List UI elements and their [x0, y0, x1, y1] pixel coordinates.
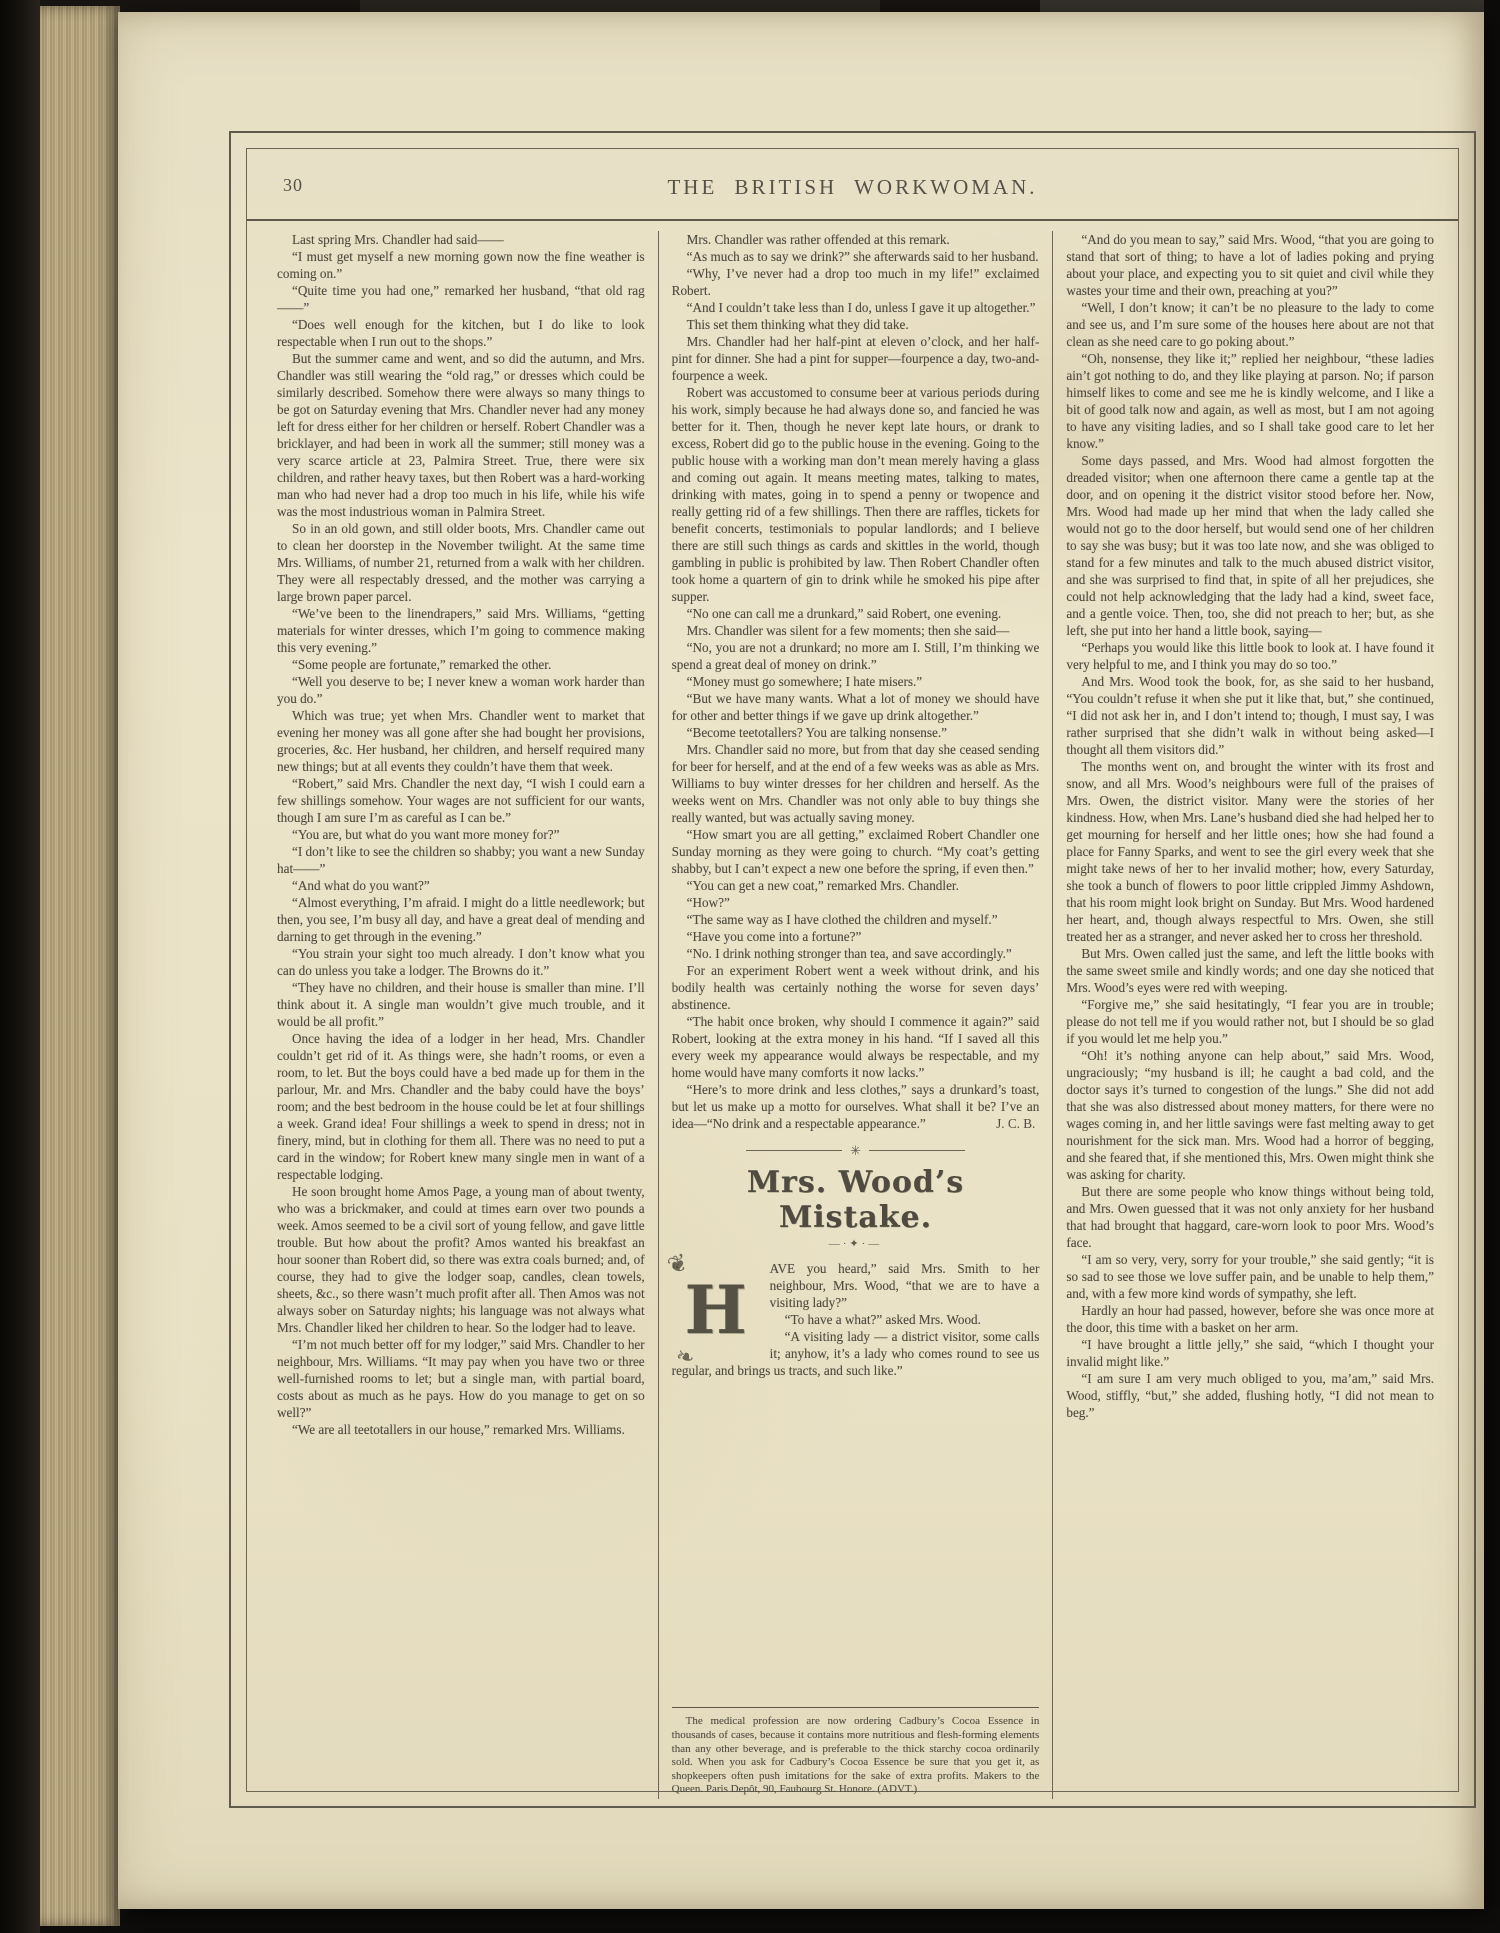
paragraph: Hardly an hour had passed, however, befo…	[1066, 1302, 1434, 1336]
paragraph: “No, you are not a drunkard; no more am …	[672, 639, 1040, 673]
paragraph: “Perhaps you would like this little book…	[1066, 639, 1434, 673]
paragraph: “No one can call me a drunkard,” said Ro…	[672, 605, 1040, 622]
paragraph: But Mrs. Owen called just the same, and …	[1066, 945, 1434, 996]
paragraph: Some days passed, and Mrs. Wood had almo…	[1066, 452, 1434, 639]
magazine-page: 30 THE BRITISH WORKWOMAN. Last spring Mr…	[118, 12, 1484, 1909]
paragraph: Mrs. Chandler was rather offended at thi…	[672, 231, 1040, 248]
paragraph: “Some people are fortunate,” remarked th…	[277, 656, 645, 673]
paragraph: “And what do you want?”	[277, 877, 645, 894]
book-cover-edge	[0, 0, 40, 1933]
paragraph: “Well you deserve to be; I never knew a …	[277, 673, 645, 707]
paragraph: “I must get myself a new morning gown no…	[277, 248, 645, 282]
paragraph: “Quite time you had one,” remarked her h…	[277, 282, 645, 316]
paragraph: “You are, but what do you want more mone…	[277, 826, 645, 843]
divider-line	[869, 1150, 965, 1151]
paragraph: “Almost everything, I’m afraid. I might …	[277, 894, 645, 945]
paragraph: “We are all teetotallers in our house,” …	[277, 1421, 645, 1438]
paragraph: “Money must go somewhere; I hate misers.…	[672, 673, 1040, 690]
paragraph: “The same way as I have clothed the chil…	[672, 911, 1040, 928]
asterisk-ornament-icon: ✳	[850, 1144, 861, 1157]
shadow-patch	[1484, 0, 1500, 1933]
paragraph: “How smart you are all getting,” exclaim…	[672, 826, 1040, 877]
paragraph: “I am so very, very, sorry for your trou…	[1066, 1251, 1434, 1302]
paragraph: “And do you mean to say,” said Mrs. Wood…	[1066, 231, 1434, 299]
shadow-patch	[0, 1907, 1500, 1933]
paragraph: “Why, I’ve never had a drop too much in …	[672, 265, 1040, 299]
paragraph: “They have no children, and their house …	[277, 979, 645, 1030]
paragraph: “As much as to say we drink?” she afterw…	[672, 248, 1040, 265]
paragraph: Mrs. Chandler said no more, but from tha…	[672, 741, 1040, 826]
paragraph: “Have you come into a fortune?”	[672, 928, 1040, 945]
paragraph: “I don’t like to see the children so sha…	[277, 843, 645, 877]
paragraph: “You can get a new coat,” remarked Mrs. …	[672, 877, 1040, 894]
page-number: 30	[283, 175, 303, 196]
paragraph: “And I couldn’t take less than I do, unl…	[672, 299, 1040, 316]
story-continuation: Last spring Mrs. Chandler had said——“I m…	[277, 231, 645, 1438]
section-divider-ornament: ✳	[672, 1144, 1040, 1157]
paragraph: But the summer came and went, and so did…	[277, 350, 645, 520]
drop-cap-letter: H	[672, 1264, 760, 1356]
paragraph: Robert was accustomed to consume beer at…	[672, 384, 1040, 605]
paragraph: “But we have many wants. What a lot of m…	[672, 690, 1040, 724]
paragraph: “How?”	[672, 894, 1040, 911]
paragraph: So in an old gown, and still older boots…	[277, 520, 645, 605]
paragraph: “No. I drink nothing stronger than tea, …	[672, 945, 1040, 962]
paragraph: “We’ve been to the linendrapers,” said M…	[277, 605, 645, 656]
paragraph: Once having the idea of a lodger in her …	[277, 1030, 645, 1183]
story-conclusion: Mrs. Chandler was rather offended at thi…	[672, 231, 1040, 1132]
paragraph: For an experiment Robert went a week wit…	[672, 962, 1040, 1013]
advert-text: The medical profession are now ordering …	[672, 1715, 1040, 1797]
page-border-frame: 30 THE BRITISH WORKWOMAN. Last spring Mr…	[229, 131, 1476, 1808]
paragraph: Mrs. Chandler had her half-pint at eleve…	[672, 333, 1040, 384]
paragraph: “Robert,” said Mrs. Chandler the next da…	[277, 775, 645, 826]
article-columns: Last spring Mrs. Chandler had said——“I m…	[247, 221, 1458, 1799]
paragraph: “Forgive me,” she said hesitatingly, “I …	[1066, 996, 1434, 1047]
paragraph: This set them thinking what they did tak…	[672, 316, 1040, 333]
paragraph: The months went on, and brought the wint…	[1066, 758, 1434, 945]
divider-line	[746, 1150, 842, 1151]
page-border-inner-rule: 30 THE BRITISH WORKWOMAN. Last spring Mr…	[246, 148, 1459, 1792]
paragraph: “I’m not much better off for my lodger,”…	[277, 1336, 645, 1421]
paragraph: He soon brought home Amos Page, a young …	[277, 1183, 645, 1336]
column-2: Mrs. Chandler was rather offended at thi…	[658, 231, 1053, 1799]
story-opening: “ H AVE you heard,” said Mrs. Smith to h…	[672, 1260, 1040, 1379]
paragraph: “Become teetotallers? You are talking no…	[672, 724, 1040, 741]
paragraph: Mrs. Chandler was silent for a few momen…	[672, 622, 1040, 639]
paragraph: “I am sure I am very much obliged to you…	[1066, 1370, 1434, 1421]
paragraph: “Well, I don’t know; it can’t be no plea…	[1066, 299, 1434, 350]
page-header: 30 THE BRITISH WORKWOMAN.	[247, 149, 1458, 211]
paragraph: “You strain your sight too much already.…	[277, 945, 645, 979]
paragraph: But there are some people who know thing…	[1066, 1183, 1434, 1251]
page-title: THE BRITISH WORKWOMAN.	[247, 149, 1458, 200]
paragraph: “I have brought a little jelly,” she sai…	[1066, 1336, 1434, 1370]
paragraph: Last spring Mrs. Chandler had said——	[277, 231, 645, 248]
shadow-patch	[360, 0, 880, 12]
story-title: Mrs. Wood’s Mistake.	[672, 1165, 1040, 1235]
story-body: “And do you mean to say,” said Mrs. Wood…	[1066, 231, 1434, 1421]
subdivider-ornament-icon: —·✦·—	[672, 1237, 1040, 1250]
book-page-edges	[40, 6, 120, 1926]
photo-background: 30 THE BRITISH WORKWOMAN. Last spring Mr…	[0, 0, 1500, 1933]
column-1: Last spring Mrs. Chandler had said——“I m…	[277, 231, 658, 1799]
paragraph: “The habit once broken, why should I com…	[672, 1013, 1040, 1081]
drop-cap-initial: “ H	[672, 1264, 760, 1360]
open-quote-mark: “	[672, 1260, 680, 1281]
paragraph: “Oh! it’s nothing anyone can help about,…	[1066, 1047, 1434, 1183]
column-3: “And do you mean to say,” said Mrs. Wood…	[1052, 231, 1434, 1799]
paragraph: “Oh, nonsense, they like it;” replied he…	[1066, 350, 1434, 452]
paragraph: And Mrs. Wood took the book, for, as she…	[1066, 673, 1434, 758]
paragraph: “Does well enough for the kitchen, but I…	[277, 316, 645, 350]
advert-cadburys-cocoa: The medical profession are now ordering …	[672, 1707, 1040, 1797]
paragraph: Which was true; yet when Mrs. Chandler w…	[277, 707, 645, 775]
